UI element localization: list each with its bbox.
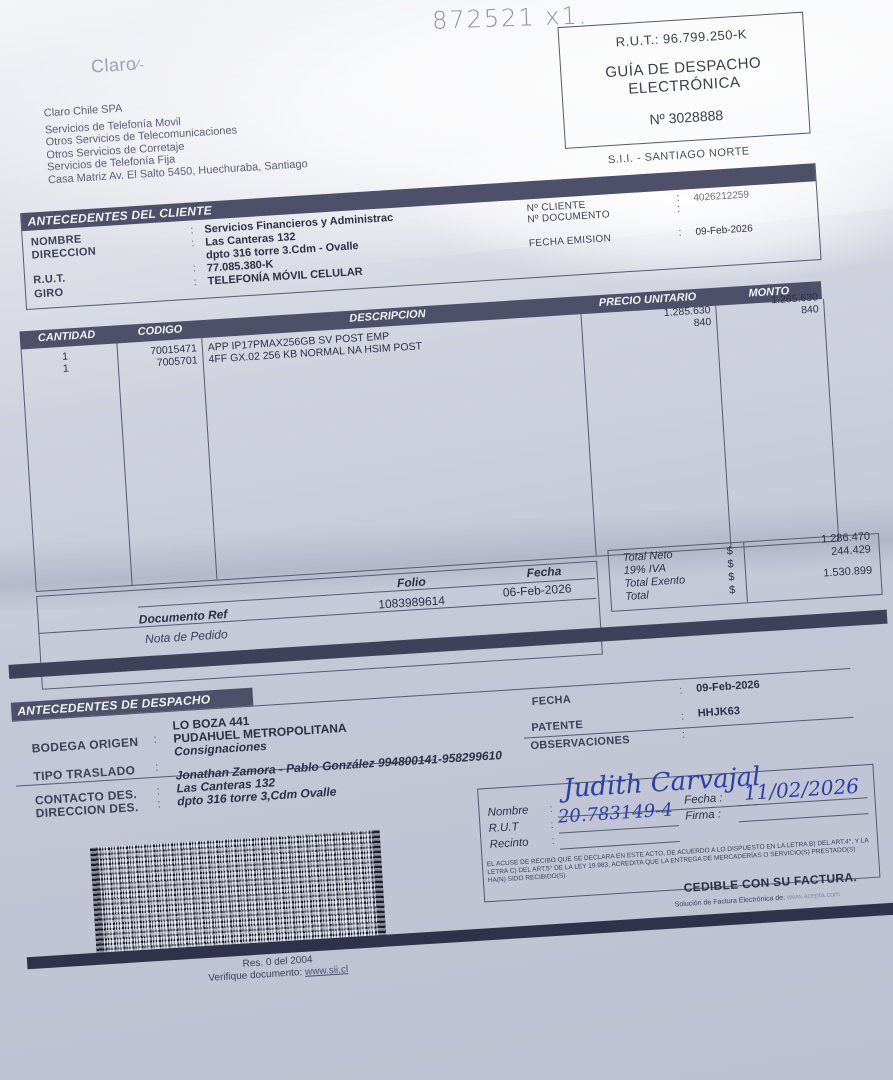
client-number: 4026212259 — [693, 189, 749, 203]
ref-col-documento: Documento Ref — [138, 607, 227, 627]
colon: : — [681, 711, 685, 723]
document-id-box: R.U.T.: 96.799.250-K GUÍA DE DESPACHO EL… — [557, 12, 810, 149]
currency-symbol: $ — [729, 584, 736, 596]
col-codigo: CODIGO — [137, 323, 182, 338]
label-patente: PATENTE — [531, 719, 583, 734]
receipt-label-firma-text: Firma — [685, 809, 715, 823]
colon: : — [682, 729, 686, 741]
client-section-title: ANTECEDENTES DEL CLIENTE — [21, 201, 218, 231]
ref-col-folio: Folio — [397, 575, 426, 591]
colon: : — [678, 227, 682, 239]
issue-date: 09-Feb-2026 — [695, 223, 753, 238]
claro-logo: Claro⁄- — [90, 53, 145, 77]
barcode-stop-pattern — [371, 830, 386, 935]
dispatch-guide-document: Claro⁄- Claro Chile SPA Servicios de Tel… — [0, 0, 893, 1080]
barcode-start-pattern — [90, 848, 105, 953]
total-label: Total Exento — [624, 574, 685, 590]
logo-spark-icon: ⁄- — [136, 56, 145, 72]
label-fecha-emision: FECHA EMISION — [529, 233, 612, 249]
colon: : — [677, 203, 681, 215]
column-divider — [715, 306, 731, 548]
label-rut: R.U.T. — [33, 273, 66, 287]
pdf417-barcode — [90, 830, 386, 953]
currency-symbol: $ — [726, 545, 733, 557]
handwritten-rut: 20.783149-4 — [557, 799, 673, 827]
document-number: Nº 3028888 — [564, 102, 809, 133]
colon: : — [193, 276, 197, 288]
label-giro: GIRO — [34, 287, 64, 301]
column-divider — [581, 314, 597, 556]
dispatch-date: 09-Feb-2026 — [696, 679, 760, 695]
col-descripcion: DESCRIPCION — [349, 308, 426, 325]
colon: : — [191, 237, 195, 249]
colon: : — [679, 685, 683, 697]
divider — [39, 598, 596, 634]
ref-col-fecha: Fecha — [526, 564, 561, 580]
colon: : — [549, 803, 553, 815]
row-cantidad: 1 — [62, 351, 69, 363]
colon: : — [551, 835, 555, 847]
colon: : — [550, 819, 554, 831]
currency-symbol: $ — [727, 558, 734, 570]
label-fecha: FECHA — [531, 694, 571, 708]
ref-document-type: Nota de Pedido — [145, 627, 228, 646]
label-direccion: DIRECCION — [31, 246, 96, 262]
receipt-label-recinto: Recinto — [489, 837, 529, 851]
handwritten-name: Judith Carvajal — [562, 762, 761, 804]
sii-office: S.I.I. - SANTIAGO NORTE — [608, 145, 751, 166]
solution-url: www.acepta.com — [787, 891, 840, 901]
currency-symbol: $ — [728, 571, 735, 583]
signature-line — [560, 841, 680, 850]
col-cantidad: CANTIDAD — [38, 329, 96, 345]
receipt-label-firma: Firma : — [685, 808, 721, 822]
signature-line — [739, 813, 869, 822]
colon: : — [192, 262, 196, 274]
label-bodega-origen: BODEGA ORIGEN — [31, 735, 138, 756]
sii-link[interactable]: www.sii.cl — [305, 964, 349, 978]
total-value: 1.530.899 — [823, 564, 873, 579]
receipt-label-rut: R.U.T — [488, 821, 519, 835]
colon: : — [155, 760, 159, 774]
row-cantidad: 1 — [63, 363, 70, 375]
vehicle-plate: HHJK63 — [697, 705, 740, 720]
column-divider — [201, 338, 217, 580]
colon: : — [190, 224, 194, 236]
issuer-rut: R.U.T.: 96.799.250-K — [559, 23, 803, 53]
column-divider — [116, 343, 132, 585]
total-value: 244.429 — [831, 543, 871, 557]
handwritten-date: 11/02/2026 — [743, 774, 860, 805]
issuer-info: Claro Chile SPA Servicios de Telefonía M… — [43, 91, 308, 186]
document-title: GUÍA DE DESPACHO ELECTRÓNICA — [561, 52, 807, 103]
colon: : — [157, 797, 161, 811]
ref-date: 06-Feb-2026 — [502, 581, 571, 599]
solution-text: Solución de Factura Electrónica de: — [675, 894, 788, 908]
colon: : — [153, 732, 157, 746]
column-divider — [743, 542, 748, 602]
total-label: Total — [625, 590, 649, 603]
receipt-label-nombre: Nombre — [487, 805, 529, 820]
